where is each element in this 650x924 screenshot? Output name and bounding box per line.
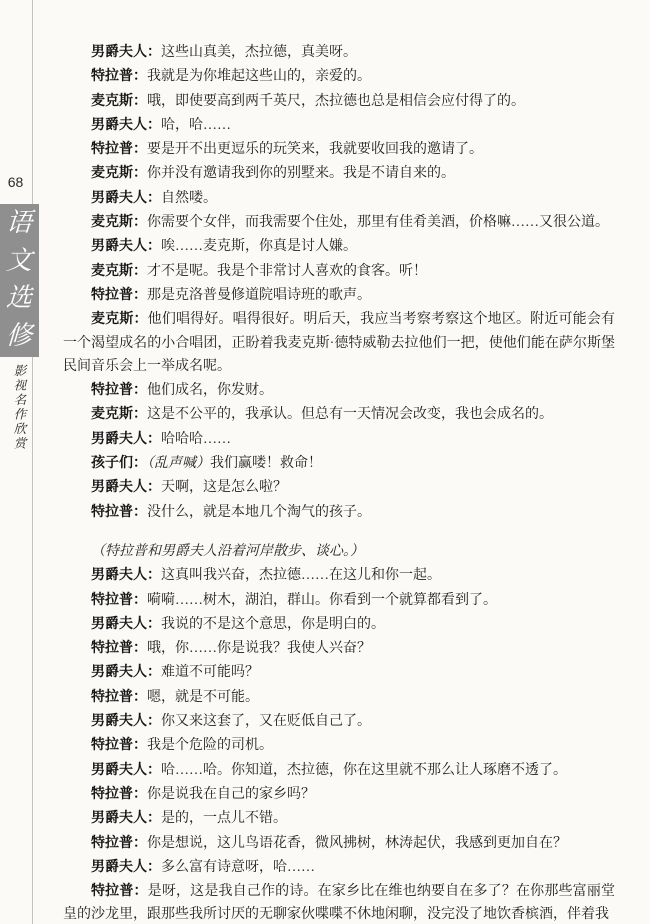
dialogue-line: 男爵夫人：这些山真美，杰拉德，真美呀。 [63, 40, 615, 64]
dialogue-line: 麦克斯：哦，即使要高到两千英尺，杰拉德也总是相信会应付得了的。 [63, 89, 615, 113]
dialogue-line: 特拉普：嗯，就是不可能。 [63, 685, 615, 709]
dialogue-line: 特拉普：我是个危险的司机。 [63, 733, 615, 757]
speaker-name: 特拉普： [91, 286, 147, 302]
speaker-name: 男爵夫人： [91, 809, 161, 825]
dialogue-line: 男爵夫人：你又来这套了，又在贬低自己了。 [63, 709, 615, 733]
speech-text: 嗯，就是不可能。 [147, 690, 259, 705]
dialogue-line: 男爵夫人：哈……哈。你知道，杰拉德，你在这里就不那么让人琢磨不透了。 [63, 758, 615, 782]
speech-text: 嗬嗬……树木，湖泊，群山。你看到一个就算都看到了。 [147, 593, 497, 608]
speech-text: 他们成名，你发财。 [147, 383, 273, 398]
speech-text: 多么富有诗意呀，哈…… [161, 860, 315, 875]
speaker-name: 男爵夫人： [91, 761, 161, 777]
speech-text: 没什么，就是本地几个淘气的孩子。 [147, 505, 371, 520]
speaker-name: 特拉普： [91, 67, 147, 83]
dialogue-line: 男爵夫人：哈哈哈…… [63, 427, 615, 451]
speaker-name: 麦克斯： [91, 405, 147, 421]
speaker-name: 孩子们： [91, 454, 147, 470]
speech-text: 天啊，这是怎么啦？ [161, 480, 287, 495]
dialogue-line: 特拉普：你是想说，这儿鸟语花香，微风拂树，林涛起伏，我感到更加自在？ [63, 831, 615, 855]
speaker-name: 麦克斯： [91, 213, 147, 229]
dialogue-line: 特拉普：没什么，就是本地几个淘气的孩子。 [63, 500, 615, 524]
dialogue-line: 孩子们：（乱声喊）我们赢喽！救命！ [63, 451, 615, 475]
dialogue-line: 特拉普：他们成名，你发财。 [63, 378, 615, 402]
speech-text: 这是不公平的，我承认。但总有一天情况会改变，我也会成名的。 [147, 407, 553, 422]
speaker-name: 麦克斯： [91, 164, 147, 180]
speaker-name: 男爵夫人： [91, 712, 161, 728]
series-title-char: 文 [6, 248, 33, 274]
speaker-name: 特拉普： [91, 639, 147, 655]
speaker-name: 特拉普： [91, 736, 147, 752]
speaker-name: 男爵夫人： [91, 615, 161, 631]
stage-direction: （特拉普和男爵夫人沿着河岸散步、谈心。） [63, 540, 615, 563]
speaker-name: 麦克斯： [91, 262, 147, 278]
dialogue-line: 男爵夫人：难道不可能吗？ [63, 660, 615, 684]
speaker-name: 男爵夫人： [91, 430, 161, 446]
speech-text: 你需要个女伴，而我需要个住处，那里有佳肴美酒，价格嘛……又很公道。 [147, 215, 609, 230]
dialogue-line: 麦克斯：这是不公平的，我承认。但总有一天情况会改变，我也会成名的。 [63, 402, 615, 426]
dialogue-line: 特拉普：哦，你……你是说我？我使人兴奋？ [63, 636, 615, 660]
dialogue-line: 麦克斯：才不是呢。我是个非常讨人喜欢的食客。听！ [63, 259, 615, 283]
speech-text: 你是说我在自己的家乡吗？ [147, 787, 315, 802]
speech-text: 那是克洛普曼修道院唱诗班的歌声。 [147, 288, 371, 303]
speaker-name: 特拉普： [91, 381, 147, 397]
speech-text: 我是个危险的司机。 [147, 738, 273, 753]
dialogue-line: 男爵夫人：唉……麦克斯，你真是讨人嫌。 [63, 234, 615, 258]
speaker-name: 特拉普： [91, 785, 147, 801]
speech-text: 哈……哈。你知道，杰拉德，你在这里就不那么让人琢磨不透了。 [161, 763, 567, 778]
dialogue-line: 男爵夫人：多么富有诗意呀，哈…… [63, 855, 615, 879]
speaker-name: 麦克斯： [91, 92, 147, 108]
dialogue-line: 男爵夫人：我说的不是这个意思，你是明白的。 [63, 612, 615, 636]
speaker-name: 特拉普： [91, 688, 147, 704]
dialogue-line: 特拉普：我就是为你堆起这些山的，亲爱的。 [63, 64, 615, 88]
dialogue-line: 特拉普：你是说我在自己的家乡吗？ [63, 782, 615, 806]
series-title-char: 修 [6, 323, 33, 349]
speaker-name: 特拉普： [91, 834, 147, 850]
dialogue-line: 麦克斯：你并没有邀请我到你的别墅来。我是不请自来的。 [63, 161, 615, 185]
speech-text: 唉……麦克斯，你真是讨人嫌。 [161, 239, 357, 254]
speech-text: 难道不可能吗？ [161, 665, 259, 680]
speaker-name: 麦克斯： [91, 310, 148, 326]
series-subtitle: 影视名作欣赏 [4, 364, 34, 451]
speaker-name: 男爵夫人： [91, 43, 161, 59]
speech-text: 这些山真美，杰拉德，真美呀。 [161, 45, 357, 60]
series-title-char: 语 [6, 210, 33, 236]
dialogue-line: 男爵夫人：哈，哈…… [63, 113, 615, 137]
speech-text: 你并没有邀请我到你的别墅来。我是不请自来的。 [147, 166, 455, 181]
speaker-name: 男爵夫人： [91, 189, 161, 205]
speech-text: 自然喽。 [161, 191, 217, 206]
dialogue-line: 男爵夫人：这真叫我兴奋，杰拉德……在这儿和你一起。 [63, 563, 615, 587]
dialogue-line: 特拉普：那是克洛普曼修道院唱诗班的歌声。 [63, 283, 615, 307]
dialogue-line: 麦克斯：他们唱得好。唱得很好。明后天，我应当考察考察这个地区。附近可能会有一个渴… [63, 307, 615, 378]
speaker-name: 特拉普： [91, 591, 147, 607]
speaker-name: 特拉普： [91, 503, 147, 519]
dialogue-line: 特拉普：要是开不出更逗乐的玩笑来，我就要收回我的邀请了。 [63, 137, 615, 161]
dialogue-text-block: 男爵夫人：这些山真美，杰拉德，真美呀。特拉普：我就是为你堆起这些山的，亲爱的。麦… [63, 40, 615, 924]
dialogue-line: 特拉普：嗬嗬……树木，湖泊，群山。你看到一个就算都看到了。 [63, 588, 615, 612]
inline-stage-direction: （乱声喊） [147, 456, 210, 471]
dialogue-line: 男爵夫人：自然喽。 [63, 186, 615, 210]
dialogue-line: 男爵夫人：天啊，这是怎么啦？ [63, 475, 615, 499]
series-title-char: 选 [6, 285, 33, 311]
speaker-name: 男爵夫人： [91, 116, 161, 132]
speech-text: 才不是呢。我是个非常讨人喜欢的食客。听！ [147, 264, 427, 279]
dialogue-line: 麦克斯：你需要个女伴，而我需要个住处，那里有佳肴美酒，价格嘛……又很公道。 [63, 210, 615, 234]
speech-text: 要是开不出更逗乐的玩笑来，我就要收回我的邀请了。 [147, 142, 483, 157]
speaker-name: 男爵夫人： [91, 858, 161, 874]
speaker-name: 男爵夫人： [91, 566, 161, 582]
page-number: 68 [0, 174, 31, 190]
page-edge-rule [32, 0, 33, 924]
speaker-name: 男爵夫人： [91, 237, 161, 253]
speech-text: 我们赢喽！救命！ [210, 456, 322, 471]
dialogue-line: 男爵夫人：是的，一点儿不错。 [63, 806, 615, 830]
speech-text: 哦，即使要高到两千英尺，杰拉德也总是相信会应付得了的。 [147, 94, 525, 109]
dialogue-line: 特拉普：是呀，这是我自己作的诗。在家乡比在维也纳要自在多了？在你那些富丽堂皇的沙… [63, 879, 615, 924]
speaker-name: 男爵夫人： [91, 478, 161, 494]
speech-text: 哈，哈…… [161, 118, 231, 133]
speech-text: 你又来这套了，又在贬低自己了。 [161, 714, 371, 729]
speaker-name: 男爵夫人： [91, 663, 161, 679]
speech-text: 这真叫我兴奋，杰拉德……在这儿和你一起。 [161, 568, 441, 583]
series-title-block: 语 文 选 修 [0, 204, 39, 357]
speaker-name: 特拉普： [91, 140, 147, 156]
speech-text: 我就是为你堆起这些山的，亲爱的。 [147, 69, 371, 84]
speech-text: 哦，你……你是说我？我使人兴奋？ [147, 641, 371, 656]
speech-text: 我说的不是这个意思，你是明白的。 [161, 617, 385, 632]
book-page: { "page": { "number": "68", "series_titl… [0, 0, 650, 924]
speech-text: 哈哈哈…… [161, 432, 231, 447]
speaker-name: 特拉普： [91, 882, 148, 898]
speech-text: 是的，一点儿不错。 [161, 811, 287, 826]
speech-text: 你是想说，这儿鸟语花香，微风拂树，林涛起伏，我感到更加自在？ [147, 836, 567, 851]
